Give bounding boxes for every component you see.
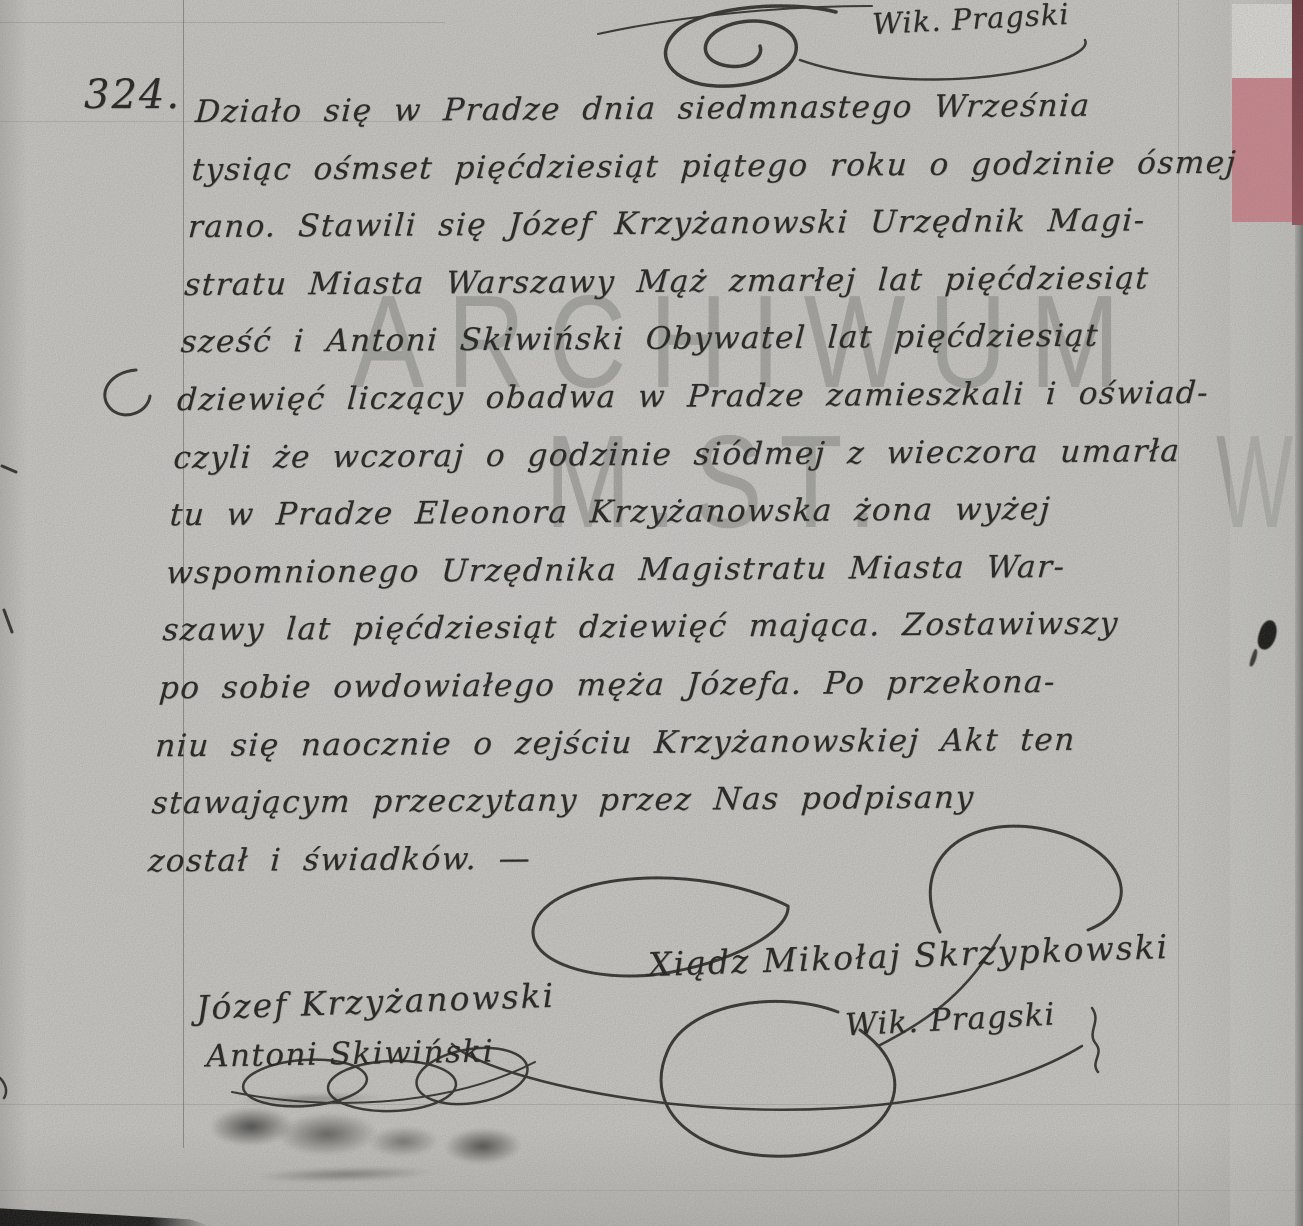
pen-flourishes	[0, 0, 1303, 1226]
scanned-document-page: ARCHIWUM M.ST. W 324. Wik. Pragski Dział…	[0, 0, 1303, 1226]
paragraph-mark-icon	[105, 370, 150, 415]
ink-stamp-smudge	[211, 1086, 543, 1190]
